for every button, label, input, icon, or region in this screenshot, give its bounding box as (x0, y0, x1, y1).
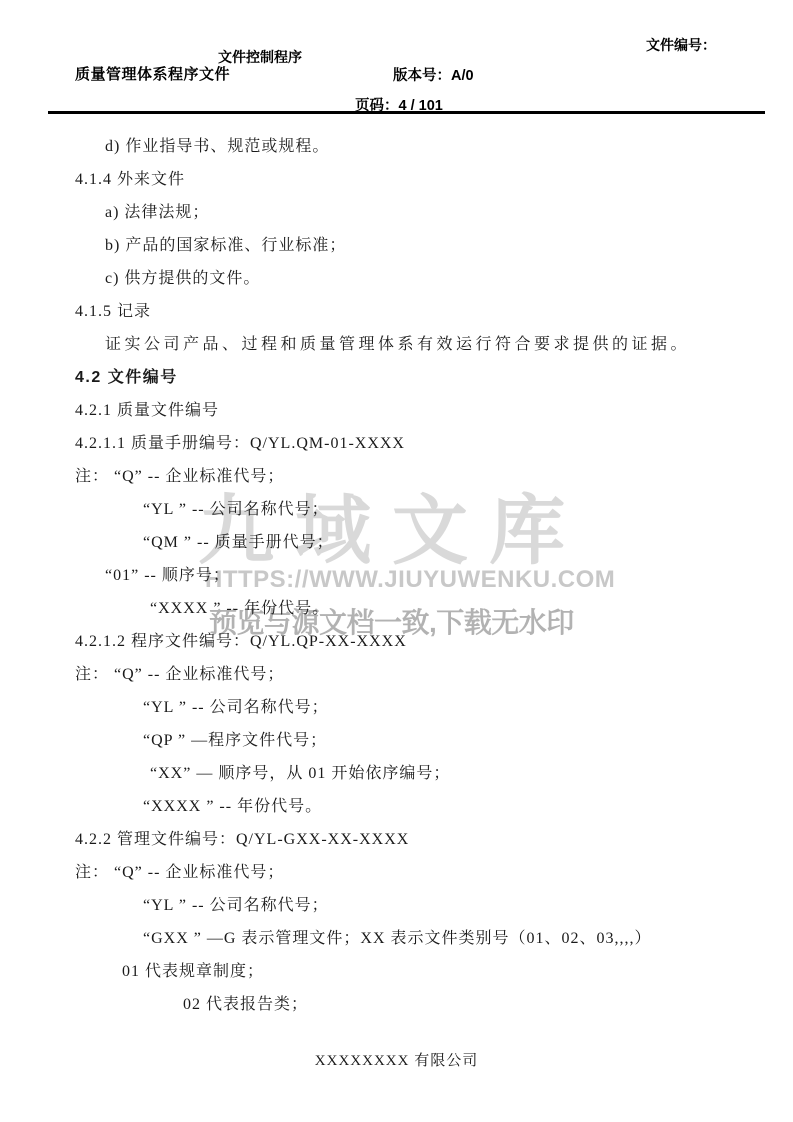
body-line: 4.2.1 质量文件编号 (75, 394, 793, 427)
body-line: 4.2.2 管理文件编号：Q/YL-GXX-XX-XXXX (75, 823, 793, 856)
body-line: 证实公司产品、过程和质量管理体系有效运行符合要求提供的证据。 (105, 328, 793, 361)
document-body: d) 作业指导书、规范或规程。4.1.4 外来文件a) 法律法规；b) 产品的国… (0, 130, 793, 1021)
body-line: “YL ” -- 公司名称代号； (143, 889, 793, 922)
body-line: 4.1.5 记录 (75, 295, 793, 328)
body-line: “YL ” -- 公司名称代号； (143, 691, 793, 724)
version-label: 版本号： (393, 68, 451, 84)
body-line: a) 法律法规； (105, 196, 793, 229)
body-line: 4.2 文件编号 (75, 361, 793, 394)
body-line: “QP ” —程序文件代号； (143, 724, 793, 757)
body-line: c) 供方提供的文件。 (105, 262, 793, 295)
body-line: 01 代表规章制度； (122, 955, 793, 988)
footer-company: XXXXXXXX 有限公司 (0, 1049, 793, 1070)
doc-subtitle: 文件控制程序 (218, 47, 302, 67)
body-line: “YL ” -- 公司名称代号； (143, 493, 793, 526)
body-line: 4.2.1.1 质量手册编号：Q/YL.QM-01-XXXX (75, 427, 793, 460)
version-value: A/0 (451, 68, 474, 84)
body-line: 02 代表报告类； (183, 988, 793, 1021)
body-line: 注： “Q” -- 企业标准代号； (75, 856, 793, 889)
body-line: 注： “Q” -- 企业标准代号； (75, 460, 793, 493)
doc-title: 质量管理体系程序文件 (75, 63, 230, 84)
header-divider (48, 111, 765, 114)
body-line: “XX” — 顺序号，从 01 开始依序编号； (150, 757, 793, 790)
document-page: 文件编号： 文件控制程序 质量管理体系程序文件 版本号：A/0 页码：4 / 1… (0, 0, 793, 1122)
body-line: d) 作业指导书、规范或规程。 (105, 130, 793, 163)
doc-number-label: 文件编号： (646, 35, 716, 55)
body-line: “XXXX ” -- 年份代号。 (150, 592, 793, 625)
body-line: 注： “Q” -- 企业标准代号； (75, 658, 793, 691)
body-line: “XXXX ” -- 年份代号。 (143, 790, 793, 823)
version-row: 版本号：A/0 (393, 64, 474, 85)
body-line: b) 产品的国家标准、行业标准； (105, 229, 793, 262)
body-line: “GXX ” —G 表示管理文件；XX 表示文件类别号（01、02、03,,,,… (143, 922, 793, 955)
body-line: “QM ” -- 质量手册代号； (143, 526, 793, 559)
body-line: “01” -- 顺序号； (105, 559, 793, 592)
body-line: 4.2.1.2 程序文件编号：Q/YL.QP-XX-XXXX (75, 625, 793, 658)
body-line: 4.1.4 外来文件 (75, 163, 793, 196)
